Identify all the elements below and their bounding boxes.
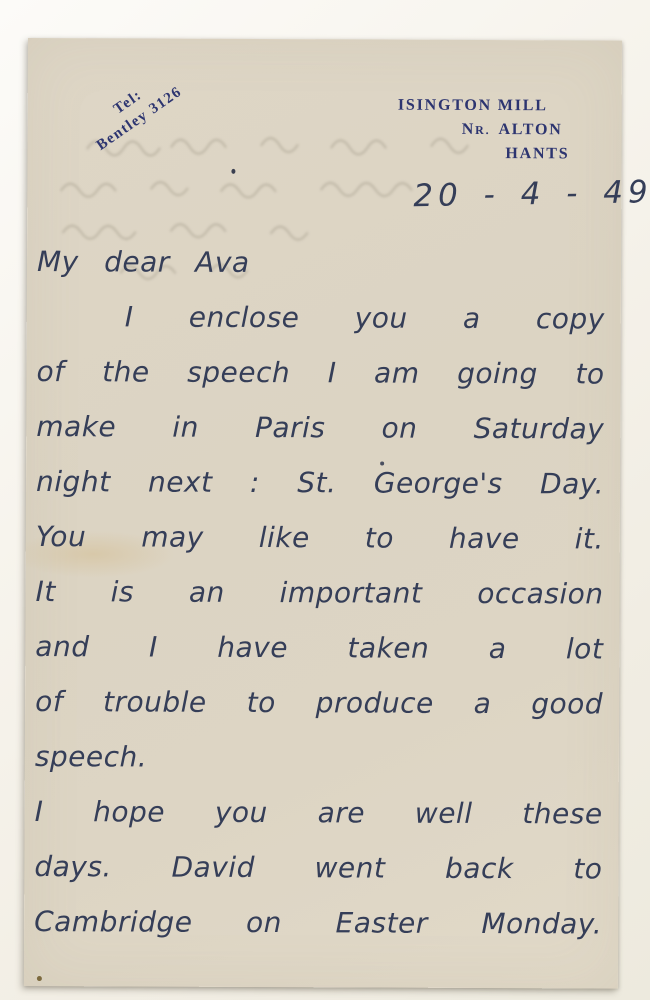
letter-line-salutation: My dear Ava bbox=[37, 234, 605, 291]
letter-line: speech. bbox=[35, 729, 603, 786]
paper-speck bbox=[37, 976, 42, 981]
letter-line: and I have taken a lot bbox=[35, 619, 603, 676]
letter-line: Cambridge on Easter Monday. bbox=[34, 894, 602, 951]
letter-line: of trouble to produce a good bbox=[35, 674, 603, 731]
address-line-1: ISINGTON MILL bbox=[398, 94, 548, 119]
letter-line: It is an important occasion bbox=[35, 564, 603, 621]
letter-line: I hope you are well these bbox=[35, 784, 603, 841]
letter-paper: Tel: Bentley 3126 ISINGTON MILL NR.ALTON… bbox=[24, 38, 622, 989]
letter-line: I enclose you a copy bbox=[37, 289, 605, 346]
address-line-3: HANTS bbox=[398, 142, 570, 167]
address-line-2: NR.ALTON bbox=[398, 118, 563, 143]
letter-line: night next : St. George's Day. bbox=[36, 454, 604, 511]
letter-line: days. David went back to bbox=[34, 839, 602, 896]
letter-body: My dear Ava I enclose you a copy of the … bbox=[34, 234, 605, 951]
handwritten-date: 20 - 4 - 49 bbox=[413, 174, 650, 214]
letterhead-address: ISINGTON MILL NR.ALTON HANTS bbox=[398, 94, 570, 167]
ink-speck bbox=[231, 169, 235, 174]
letter-line: You may like to have it. bbox=[36, 509, 604, 566]
letter-line: of the speech I am going to bbox=[36, 344, 604, 401]
letter-line: make in Paris on Saturday bbox=[36, 399, 604, 456]
